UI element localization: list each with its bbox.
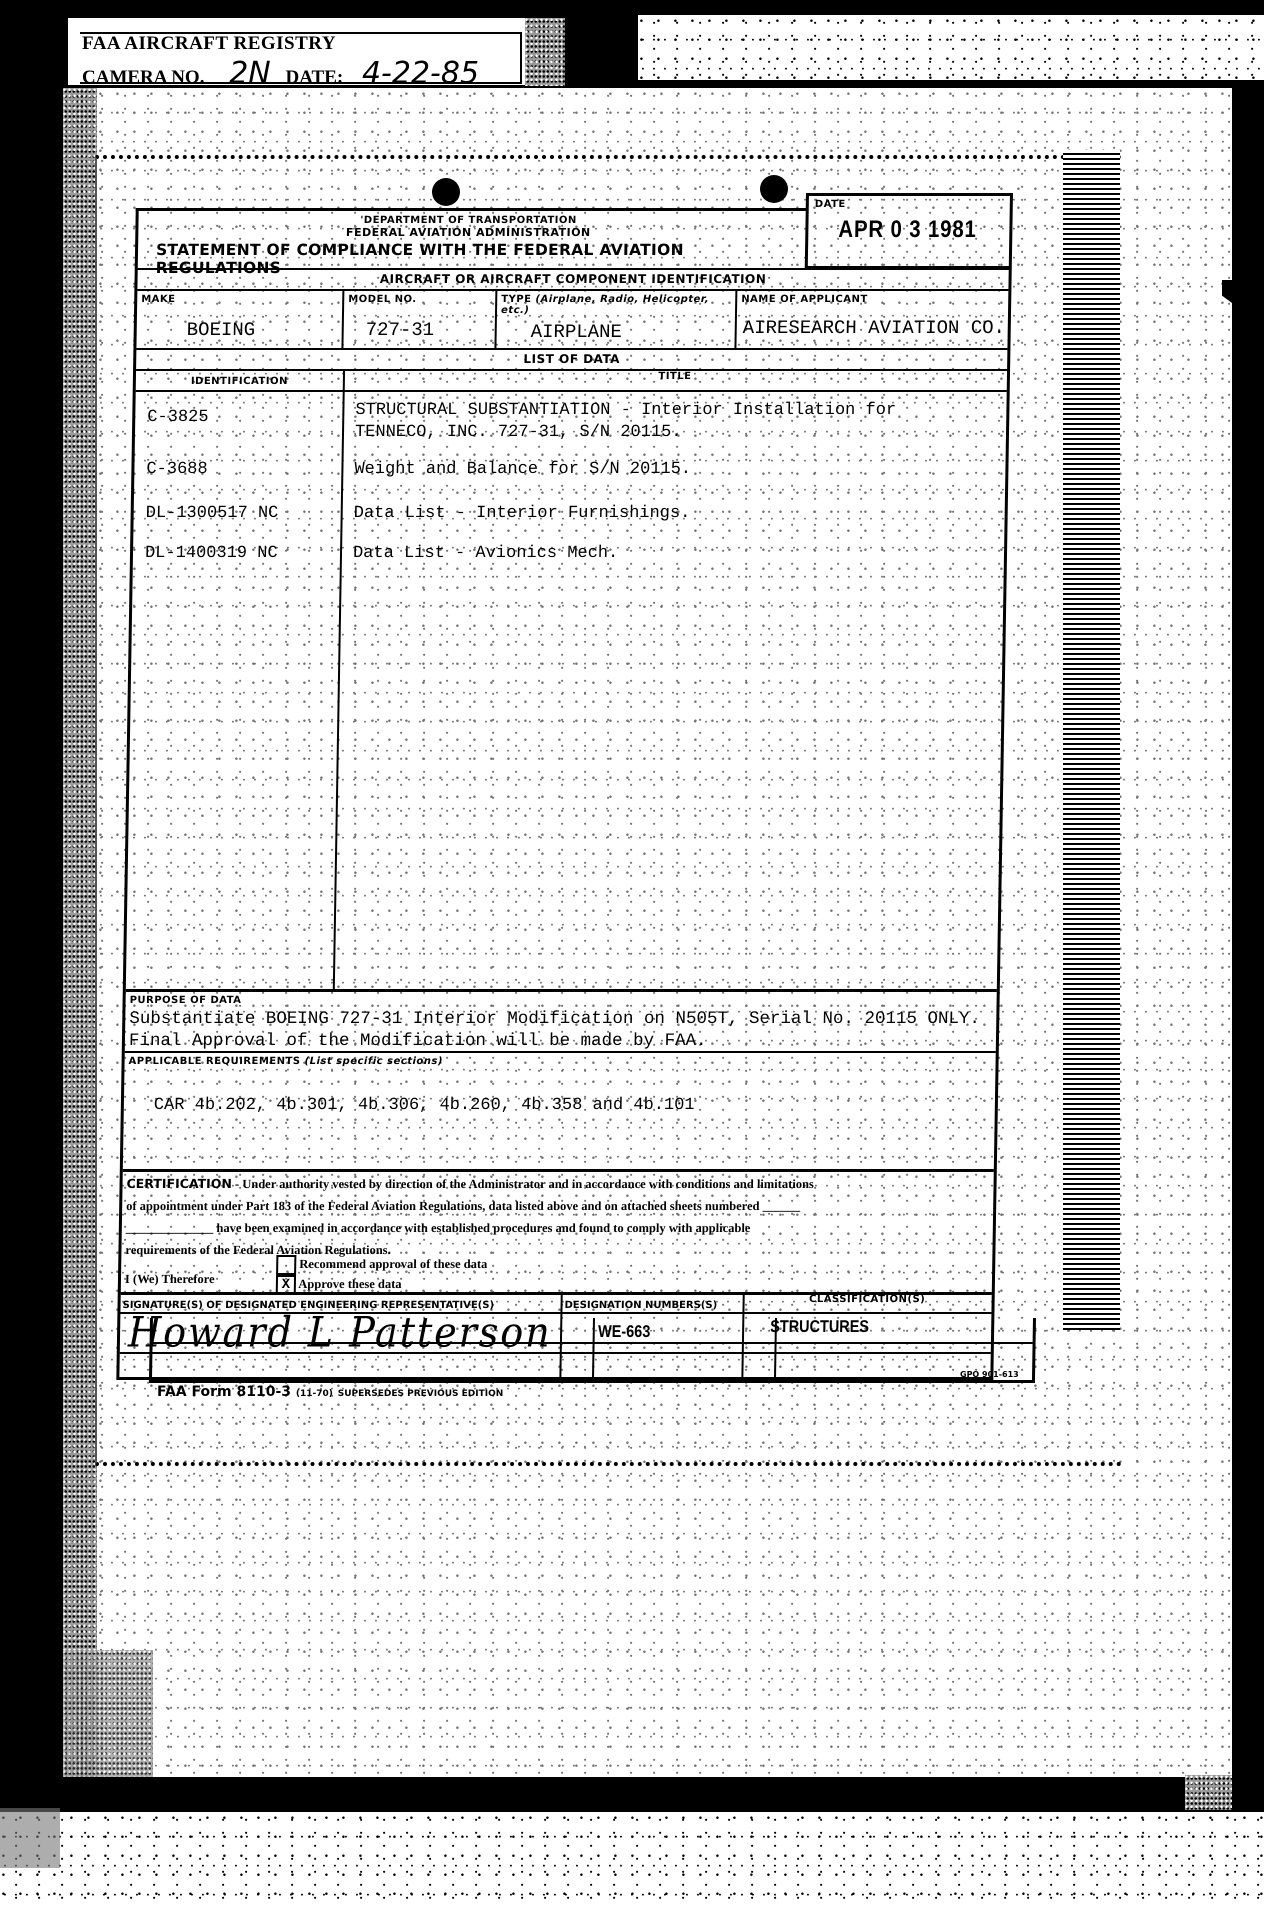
department-name: 'DEPARTMENT OF TRANSPORTATION bbox=[318, 215, 618, 226]
purpose-label: PURPOSE OF DATA bbox=[130, 995, 242, 1006]
certification-text: CERTIFICATION - Under authority vested b… bbox=[125, 1173, 986, 1261]
supersedes-note: SUPERSEDES PREVIOUS EDITION bbox=[338, 1389, 504, 1399]
row-4-title: Data List - Avionics Mech. bbox=[353, 544, 619, 563]
applicant-cell: NAME OF APPLICANT AIRESEARCH AVIATION CO… bbox=[736, 291, 1011, 348]
corner-shadow bbox=[63, 1650, 153, 1777]
list-of-data-title: LIST OF DATA bbox=[136, 352, 1007, 366]
left-shadow-strip bbox=[63, 88, 97, 1777]
make-label: MAKE bbox=[141, 294, 175, 305]
model-value: 727-31 bbox=[366, 319, 435, 341]
make-cell: MAKE BOEING bbox=[136, 291, 344, 348]
scan-bottom-margin bbox=[0, 1812, 1264, 1908]
purpose-text: Substantiate BOEING 727-31 Interior Modi… bbox=[129, 1008, 980, 1052]
type-cell: TYPE (Airplane, Radio, Helicopter, etc.)… bbox=[496, 291, 737, 348]
option-recommend[interactable]: Recommend approval of these data bbox=[276, 1255, 487, 1275]
divider bbox=[153, 1342, 1033, 1344]
row-2-title: Weight and Balance for S/N 20115. bbox=[354, 460, 691, 479]
form-body: AIRCRAFT OR AIRCRAFT COMPONENT IDENTIFIC… bbox=[116, 268, 1011, 1380]
make-value: BOEING bbox=[187, 319, 256, 341]
registry-date-label: DATE: bbox=[285, 67, 343, 88]
col-designation: DESIGNATION NUMBERS(S) bbox=[564, 1300, 717, 1311]
stacked-paper-edge bbox=[1063, 150, 1120, 1330]
applicant-label: NAME OF APPLICANT bbox=[741, 294, 868, 305]
date-stamp: APR 0 3 1981 bbox=[838, 216, 977, 244]
row-1-title: STRUCTURAL SUBSTANTIATION - Interior Ins… bbox=[355, 400, 896, 444]
requirements-value: CAR 4b.202, 4b.301, 4b.306, 4b.260, 4b.3… bbox=[154, 1096, 695, 1115]
bottom-right-shadow bbox=[1185, 1775, 1235, 1810]
top-right-paper-strip bbox=[638, 15, 1264, 80]
row-4-id: DL-1400319 NC bbox=[145, 544, 278, 563]
row-3-id: DL-1300517 NC bbox=[146, 504, 279, 523]
col-classification: CLASSIFICATION(S) bbox=[743, 1294, 992, 1305]
row-3-title: Data List - Interior Furnishings. bbox=[354, 504, 691, 523]
right-black-border bbox=[1232, 88, 1264, 1812]
identification-section-title: AIRCRAFT OR AIRCRAFT COMPONENT IDENTIFIC… bbox=[137, 272, 1008, 286]
type-label: TYPE (Airplane, Radio, Helicopter, etc.) bbox=[501, 294, 735, 316]
column-divider bbox=[333, 369, 345, 989]
approval-options: Recommend approval of these data X Appro… bbox=[276, 1255, 488, 1295]
form-8110-3: 'DEPARTMENT OF TRANSPORTATION FEDERAL AV… bbox=[116, 193, 1013, 1380]
therefore-label: I (We) Therefore bbox=[125, 1268, 215, 1290]
camera-number: 2N bbox=[229, 56, 271, 91]
divider bbox=[136, 390, 1007, 392]
form-revision: (11-70) bbox=[296, 1389, 333, 1399]
column-divider bbox=[774, 1318, 777, 1380]
applicant-value: AIRESEARCH AVIATION CO. bbox=[743, 317, 1006, 339]
type-value: AIRPLANE bbox=[531, 321, 623, 343]
row-2-id: C-3688 bbox=[146, 460, 208, 479]
row-1-id: C-3825 bbox=[147, 408, 209, 427]
form-footer: FAA Form 8110-3 (11-70) SUPERSEDES PREVI… bbox=[157, 1384, 503, 1400]
date-label: DATE bbox=[815, 199, 846, 210]
divider bbox=[136, 348, 1007, 350]
divider bbox=[123, 1169, 994, 1172]
top-noise-patch bbox=[525, 18, 565, 86]
signature-empty-rows bbox=[149, 1318, 1036, 1383]
agency-name: FEDERAL AVIATION ADMINISTRATION bbox=[318, 226, 618, 239]
camera-label: CAMERA NO. bbox=[82, 67, 204, 88]
model-label: MODEL NO. bbox=[348, 294, 417, 305]
form-header: 'DEPARTMENT OF TRANSPORTATION FEDERAL AV… bbox=[135, 208, 808, 268]
registry-date: 4-22-85 bbox=[362, 56, 479, 91]
model-cell: MODEL NO. 727-31 bbox=[343, 291, 497, 348]
bottom-left-smudge bbox=[0, 1808, 60, 1868]
registry-title: FAA AIRCRAFT REGISTRY bbox=[82, 33, 336, 55]
requirements-label: APPLICABLE REQUIREMENTS (List specific s… bbox=[129, 1056, 444, 1067]
col-title: TITLE bbox=[343, 371, 1007, 382]
form-number: FAA Form 8110-3 bbox=[157, 1384, 291, 1400]
col-identification: IDENTIFICATION bbox=[136, 376, 343, 387]
registry-camera-line: CAMERA NO. 2N DATE: 4-22-85 bbox=[82, 56, 479, 91]
gpo-code: GPO 901-613 bbox=[960, 1370, 1019, 1379]
date-box: DATE APR 0 3 1981 bbox=[805, 193, 1013, 268]
recommend-checkbox[interactable] bbox=[276, 1255, 296, 1275]
column-divider bbox=[592, 1318, 595, 1380]
divider bbox=[125, 1051, 996, 1053]
divider bbox=[126, 989, 997, 992]
